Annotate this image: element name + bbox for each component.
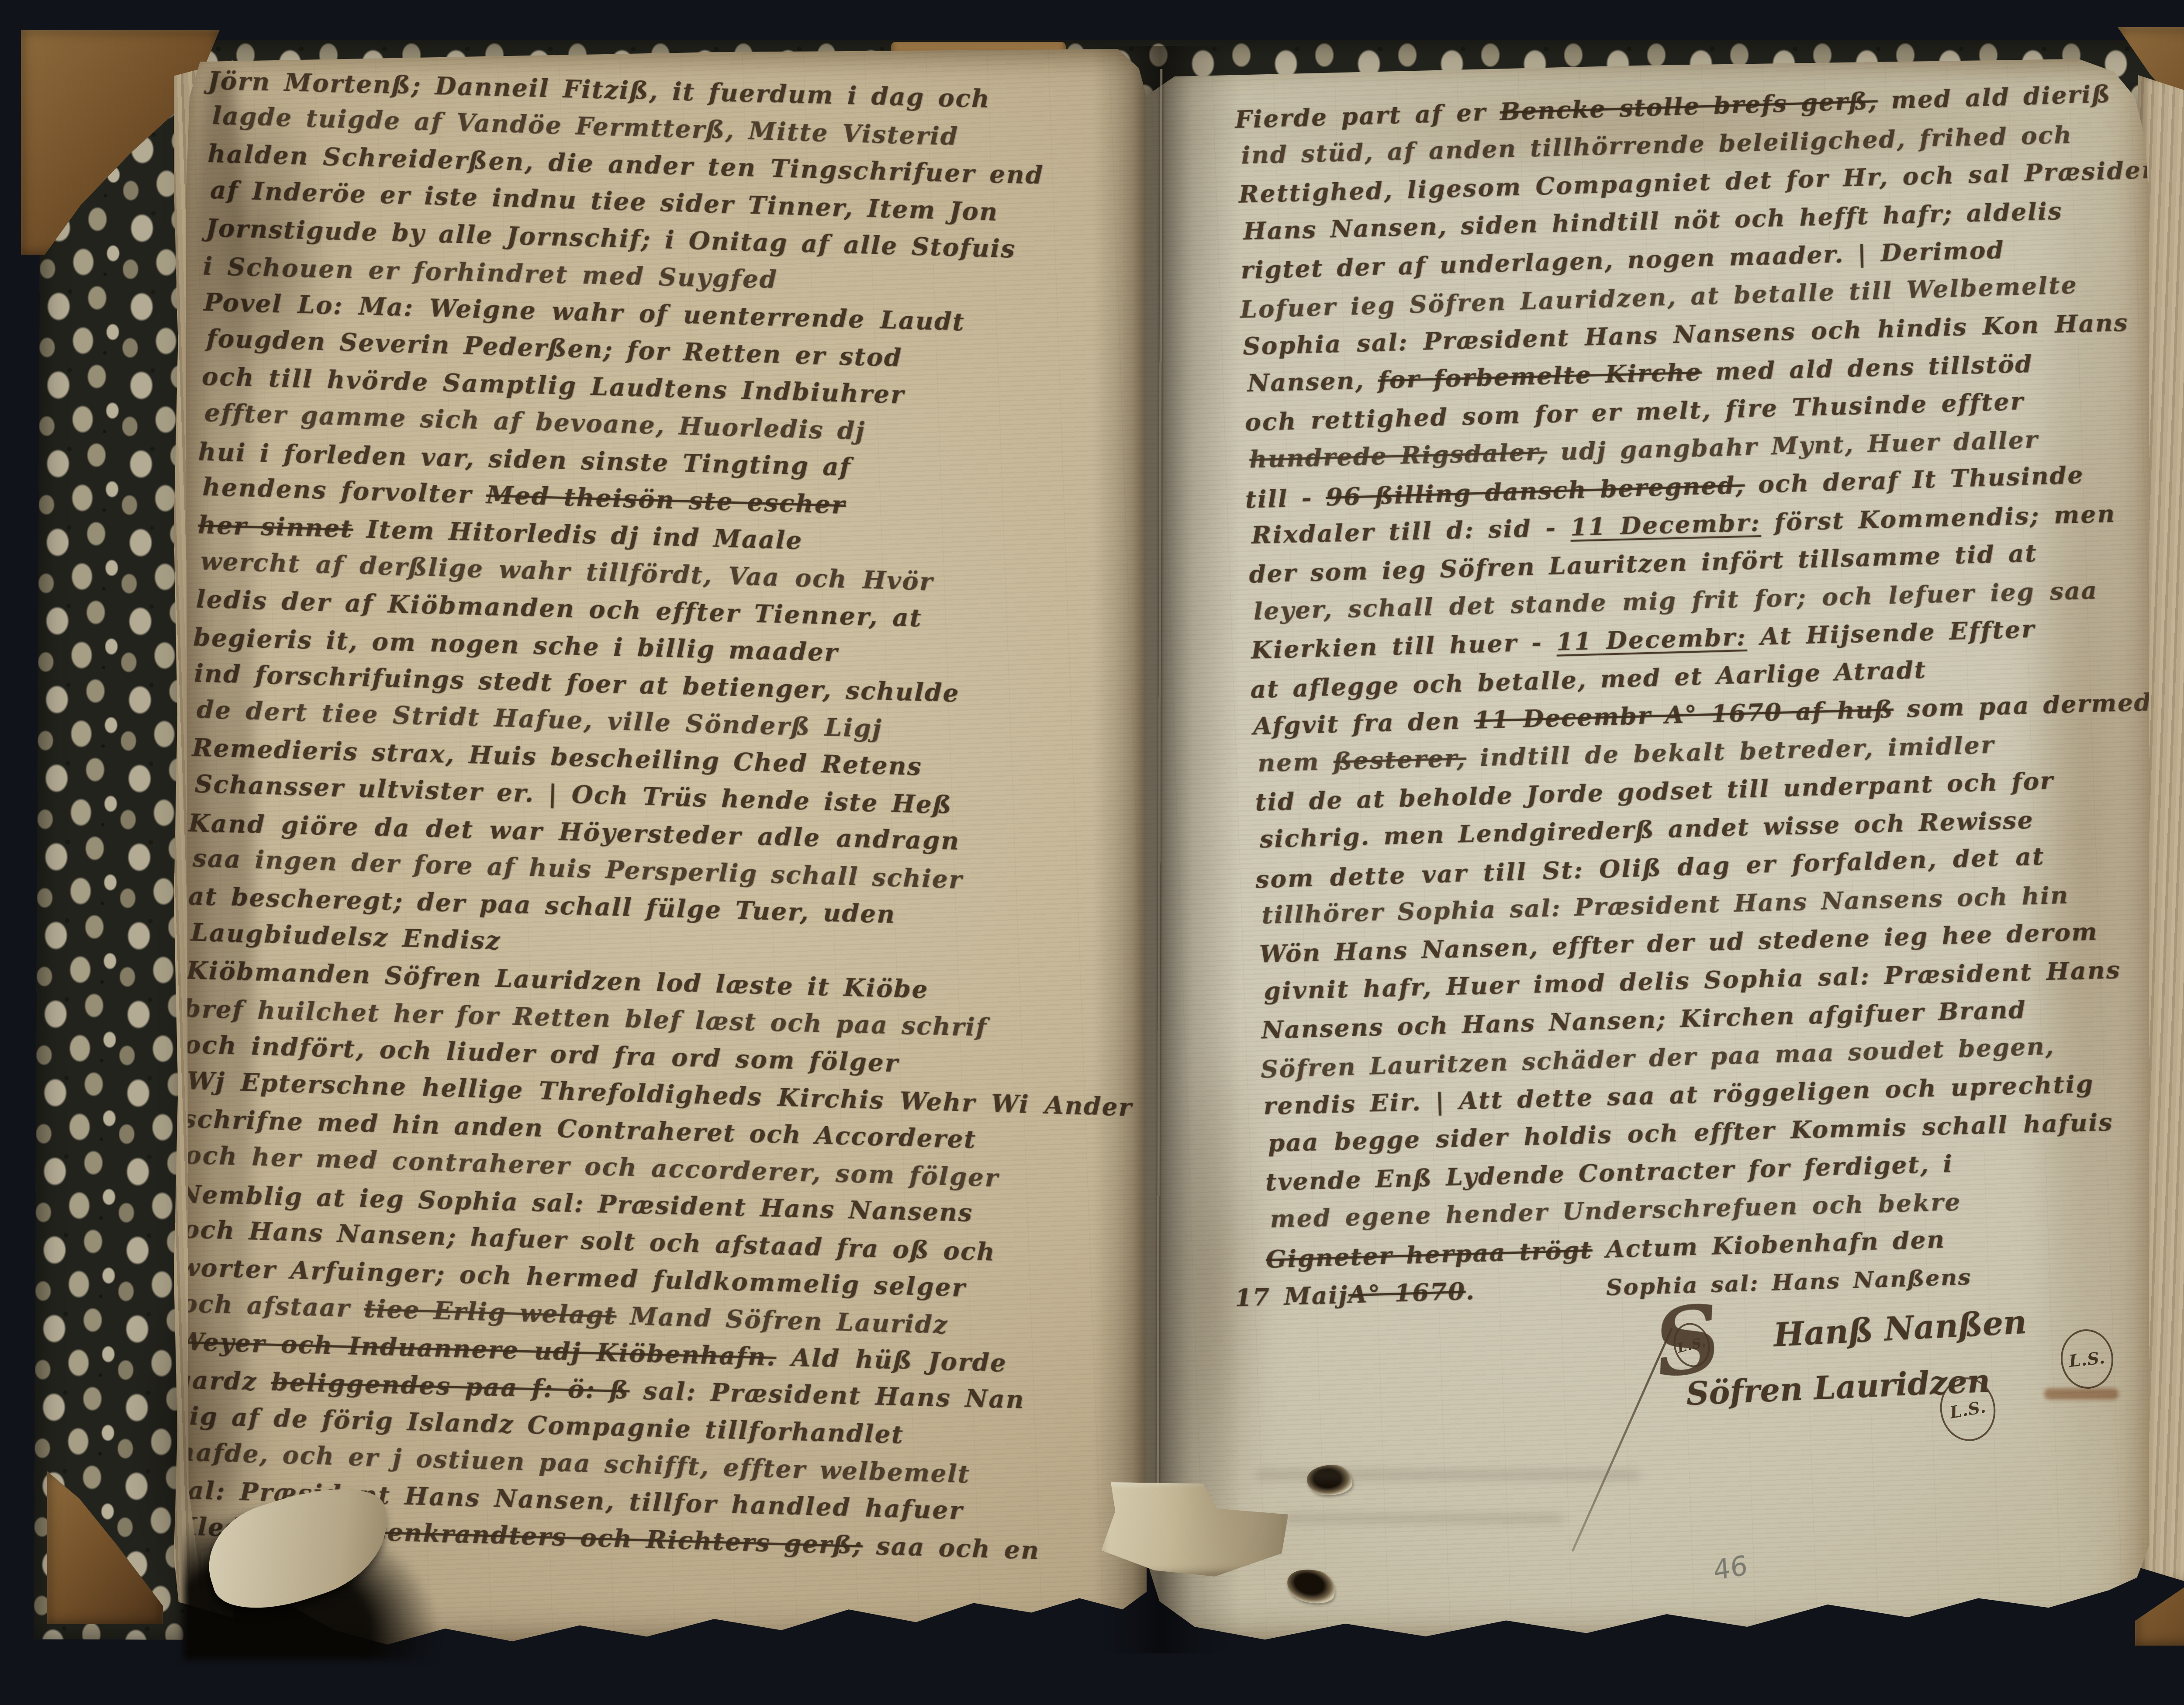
signature-hans-nansen: Hanß Nanßen bbox=[1773, 1306, 2027, 1352]
date-text: 17 Maij bbox=[1234, 1276, 1349, 1317]
manuscript-photo: Jörn Mortenß; Danneil Fitziß, it fuerdum… bbox=[0, 0, 2184, 1705]
seal-label: L.S. bbox=[2068, 1347, 2106, 1370]
left-page: Jörn Mortenß; Danneil Fitziß, it fuerdum… bbox=[186, 49, 1147, 1648]
seal-ls-mark: L.S. bbox=[2058, 1327, 2116, 1391]
left-page-text: Jörn Mortenß; Danneil Fitziß, it fuerdum… bbox=[171, 61, 1156, 1571]
seal-label: L.S. bbox=[1948, 1397, 1987, 1422]
seal-label: L.S. bbox=[1676, 1334, 1707, 1356]
signature-flourish-stroke bbox=[1571, 1328, 1673, 1552]
marbled-cover-left-edge bbox=[34, 47, 194, 1639]
wormhole bbox=[1307, 1465, 1352, 1495]
right-page-text: Fierde part af er Bencke stolle brefs ge… bbox=[1236, 74, 2184, 1277]
right-page: Fierde part af er Bencke stolle brefs ge… bbox=[1144, 59, 2149, 1649]
date-year-struck: A° 1670 bbox=[1348, 1272, 1466, 1314]
pencil-page-number: 46 bbox=[1712, 1549, 1749, 1587]
wormhole bbox=[1283, 1564, 1339, 1608]
date-period: . bbox=[1465, 1272, 1476, 1310]
ink-showthrough bbox=[1284, 1514, 1564, 1523]
